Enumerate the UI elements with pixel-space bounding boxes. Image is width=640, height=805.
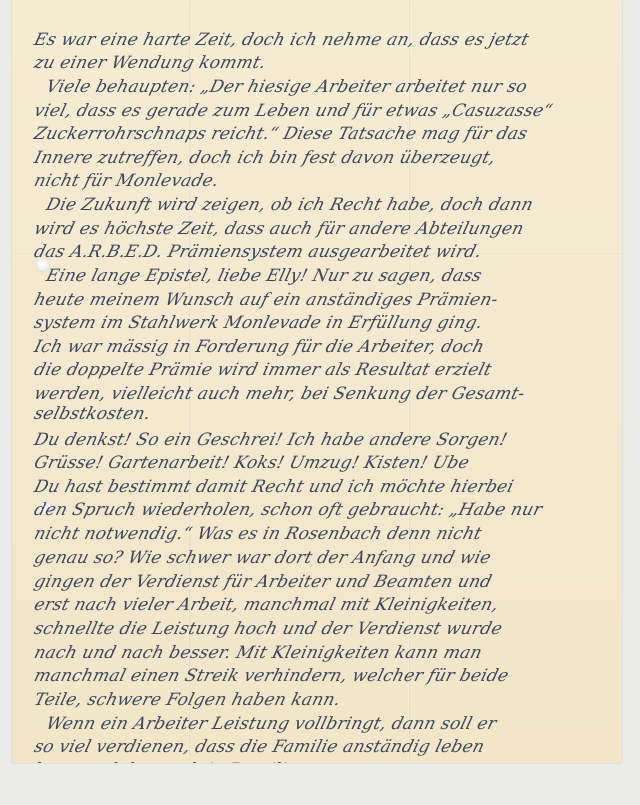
letter-line: nach und nach besser. Mit Kleinigkeiten … — [32, 643, 484, 663]
letter-line: nicht für Monlevade. — [32, 171, 221, 191]
letter-line: selbstkosten. — [32, 404, 153, 424]
letter-line: den Spruch wiederholen, schon oft gebrau… — [32, 500, 544, 520]
letter-line: zu einer Wendung kommt. — [32, 53, 268, 73]
letter-line: Grüsse! Gartenarbeit! Koks! Umzug! Kiste… — [32, 453, 471, 473]
letter-line: Ich war mässig in Forderung für die Arbe… — [32, 337, 486, 357]
letter-line: genau so? Wie schwer war dort der Anfang… — [32, 548, 493, 568]
letter-line: werden, vielleicht auch mehr, bei Senkun… — [32, 384, 527, 404]
letter-line: schnellte die Leistung hoch und der Verd… — [32, 619, 504, 639]
letter-line: gingen der Verdienst für Arbeiter und Be… — [32, 572, 494, 592]
letter-line: Wenn ein Arbeiter Leistung vollbringt, d… — [44, 714, 499, 734]
letter-line: Eine lange Epistel, liebe Elly! Nur zu s… — [44, 266, 484, 286]
letter-line: erst nach vieler Arbeit, manchmal mit Kl… — [32, 595, 501, 615]
letter-line: Viele behaupten: „Der hiesige Arbeiter a… — [44, 77, 529, 97]
letter-page: Es war eine harte Zeit, doch ich nehme a… — [12, 0, 622, 763]
letter-line: so viel verdienen, dass die Familie anst… — [32, 737, 486, 757]
letter-line: kann und das auch in Brasilien. — [32, 760, 315, 763]
letter-line: heute meinem Wunsch auf ein anständiges … — [32, 290, 500, 310]
letter-line: Du denkst! So ein Geschrei! Ich habe and… — [32, 430, 509, 450]
letter-line: Innere zutreffen, doch ich bin fest davo… — [32, 148, 498, 168]
letter-line: viel, dass es gerade zum Leben und für e… — [32, 101, 555, 121]
letter-line: Teile, schwere Folgen haben kann. — [32, 690, 343, 710]
letter-line: system im Stahlwerk Monlevade in Erfüllu… — [32, 313, 485, 333]
letter-line: das A.R.B.E.D. Prämiensystem ausgearbeit… — [32, 242, 484, 262]
letter-line: manchmal einen Streik verhindern, welche… — [32, 666, 511, 686]
letter-line: Die Zukunft wird zeigen, ob ich Recht ha… — [44, 195, 535, 215]
letter-line: wird es höchste Zeit, dass auch für ande… — [32, 219, 526, 239]
letter-line: Zuckerrohrschnaps reicht.“ Diese Tatsach… — [32, 124, 530, 144]
letter-line: die doppelte Prämie wird immer als Resul… — [32, 360, 494, 380]
letter-line: nicht notwendig.“ Was es in Rosenbach de… — [32, 524, 484, 544]
letter-line: Es war eine harte Zeit, doch ich nehme a… — [32, 30, 531, 50]
letter-line: Du hast bestimmt damit Recht und ich möc… — [32, 477, 516, 497]
